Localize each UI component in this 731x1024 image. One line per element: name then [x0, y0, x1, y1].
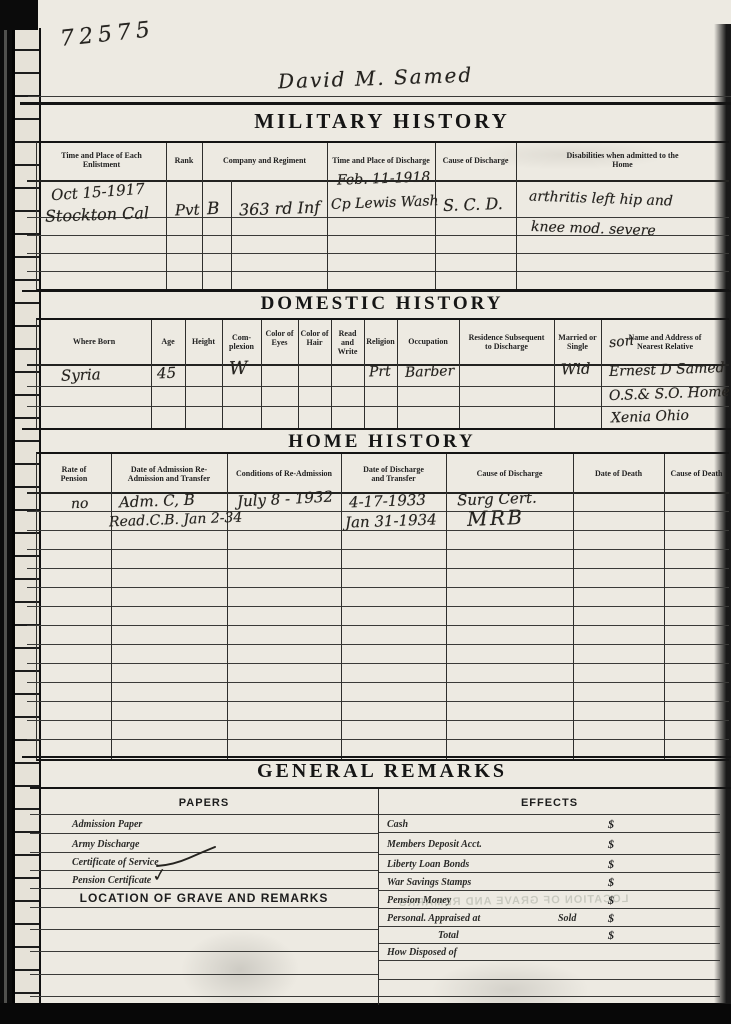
- h-rule: [379, 814, 720, 815]
- papers-column-title: PAPERS: [30, 797, 378, 809]
- disability-line2-handwritten: knee mod. severe: [531, 219, 656, 239]
- dollar-sign: $: [608, 857, 614, 872]
- dollar-sign: $: [608, 837, 614, 852]
- general-remarks-title: GENERAL REMARKS: [36, 760, 728, 783]
- h-rule: [30, 907, 378, 908]
- h-rule: [27, 663, 729, 664]
- h-rule: [27, 625, 729, 626]
- regiment-handwritten: 363 rd Inf: [239, 198, 321, 220]
- bottom-scan-bar: [0, 1003, 731, 1024]
- h-rule: [30, 814, 378, 815]
- effect-item-liberty-bonds: Liberty Loan Bonds: [387, 859, 469, 870]
- dollar-sign: $: [608, 911, 614, 926]
- v-rule: [202, 143, 203, 289]
- h-rule: [30, 833, 378, 834]
- col-header-age: Age: [151, 337, 185, 346]
- effect-item-personal-appraised: Personal. Appraised at: [387, 913, 480, 924]
- col-header-color-hair: Color of Hair: [300, 329, 329, 347]
- paper-item-army-discharge: Army Discharge: [72, 839, 140, 850]
- col-header-company-regiment: Company and Regiment: [202, 156, 327, 165]
- section-heavy-rule: [22, 290, 731, 292]
- col-header-complexion: Com-plexion: [224, 333, 259, 351]
- h-rule: [30, 929, 378, 930]
- col-header-read-write: Read and Write: [333, 329, 362, 356]
- v-rule: [261, 320, 262, 428]
- v-rule: [554, 320, 555, 428]
- general-remarks-section: PAPERS Admission Paper Army Discharge Ce…: [30, 787, 731, 1005]
- discharge-date-handwritten: Feb. 11-1918: [337, 169, 431, 188]
- col-header-rank: Rank: [166, 156, 202, 165]
- h-rule: [27, 644, 729, 645]
- h-rule: [379, 979, 720, 980]
- h-rule: [27, 406, 729, 407]
- h-rule: [27, 271, 729, 272]
- v-rule: [601, 320, 602, 428]
- col-header-cause-death: Cause of Death: [664, 469, 729, 478]
- v-rule: [327, 143, 328, 289]
- v-rule: [664, 454, 665, 759]
- col-header-disabilities: Disabilities when admitted to the Home: [566, 151, 679, 169]
- case-number-handwritten: 72575: [59, 17, 156, 52]
- military-history-title: MILITARY HISTORY: [36, 109, 728, 134]
- v-rule: [378, 789, 379, 1005]
- v-rule: [516, 143, 517, 289]
- h-rule: [379, 890, 720, 891]
- v-rule: [222, 320, 223, 428]
- col-header-discharge: Time and Place of Discharge: [329, 156, 433, 165]
- h-rule: [30, 870, 378, 871]
- admission-line1-handwritten: Adm. C, B: [119, 491, 195, 512]
- col-header-height: Height: [185, 337, 222, 346]
- relative-line1-handwritten: Ernest D Samed: [609, 360, 725, 380]
- h-rule: [379, 926, 720, 927]
- effect-item-cash: Cash: [387, 819, 408, 830]
- col-header-rate-pension: Rate of Pension: [49, 465, 99, 483]
- v-rule: [397, 320, 398, 428]
- h-rule: [27, 606, 729, 607]
- col-header-date-death: Date of Death: [573, 469, 664, 478]
- col-header-nearest-relative: Name and Address of Nearest Relative: [623, 333, 707, 351]
- v-rule: [298, 320, 299, 428]
- h-rule: [30, 996, 378, 997]
- h-rule: [379, 872, 720, 873]
- relative-line3-handwritten: Xenia Ohio: [611, 408, 689, 427]
- enlist-date-handwritten: Oct 15-1917: [50, 180, 145, 205]
- section-heavy-rule: [22, 756, 731, 758]
- v-rule: [331, 320, 332, 428]
- h-rule: [379, 960, 720, 961]
- col-header-married-single: Married or Single: [554, 333, 601, 351]
- col-header-date-discharge: Date of Discharge and Transfer: [357, 465, 430, 483]
- h-rule: [27, 701, 729, 702]
- h-rule: [27, 568, 729, 569]
- name-underline: [28, 96, 731, 97]
- religion-handwritten: Prt: [369, 364, 391, 381]
- home-history-title: HOME HISTORY: [36, 431, 728, 453]
- rate-pension-handwritten: no: [71, 496, 89, 513]
- home-history-table: Rate of Pension Date of Admission Re- Ad…: [36, 452, 729, 761]
- disability-line1-handwritten: arthritis left hip and: [529, 188, 673, 209]
- age-handwritten: 45: [157, 364, 177, 383]
- h-rule: [30, 888, 378, 889]
- v-rule: [185, 320, 186, 428]
- section-heavy-rule: [20, 102, 731, 105]
- col-header-color-eyes: Color of Eyes: [265, 329, 294, 347]
- v-rule: [435, 143, 436, 289]
- relative-line2-handwritten: O.S.& S.O. Home: [609, 384, 730, 404]
- h-rule: [27, 682, 729, 683]
- top-left-corner: [0, 0, 38, 30]
- company-handwritten: B: [207, 199, 220, 219]
- occupation-handwritten: Barber: [405, 363, 455, 381]
- h-rule: [27, 587, 729, 588]
- grave-remarks-title: LOCATION OF GRAVE AND REMARKS: [30, 891, 378, 905]
- name-handwritten: David M. Samed: [278, 63, 474, 94]
- discharge-date2-handwritten: Jan 31-1934: [345, 510, 437, 531]
- effects-column-title: EFFECTS: [379, 797, 720, 809]
- h-rule: [30, 951, 378, 952]
- conditions-handwritten: July 8 - 1932: [237, 487, 334, 510]
- sold-label: Sold: [558, 913, 576, 924]
- complexion-handwritten: W: [229, 358, 248, 380]
- discharge-place-handwritten: Cp Lewis Wash: [331, 193, 439, 213]
- h-rule: [27, 739, 729, 740]
- v-rule: [341, 454, 342, 759]
- paper-item-certificate-service: Certificate of Service: [72, 857, 159, 868]
- h-rule: [27, 549, 729, 550]
- col-header-residence: Residence Subsequent to Discharge: [467, 333, 546, 351]
- col-header-enlistment: Time and Place of Each Enlistment: [45, 151, 158, 169]
- military-history-table: Time and Place of Each Enlistment Rank C…: [36, 141, 729, 291]
- v-rule: [227, 454, 228, 759]
- admission-line2-handwritten: Read.C.B. Jan 2-34: [109, 510, 243, 531]
- col-header-date-admission: Date of Admission Re- Admission and Tran…: [117, 465, 221, 483]
- paper-item-admission: Admission Paper: [72, 819, 142, 830]
- domestic-history-title: DOMESTIC HISTORY: [36, 293, 728, 315]
- cause2-monogram-handwritten: M R B: [467, 505, 521, 531]
- v-rule: [446, 454, 447, 759]
- effect-item-how-disposed: How Disposed of: [387, 947, 457, 958]
- v-rule: [459, 320, 460, 428]
- cause-handwritten: S. C. D.: [443, 194, 503, 215]
- section-heavy-rule: [22, 428, 731, 430]
- record-page: 72575 David M. Samed MILITARY HISTORY Ti…: [0, 0, 731, 1024]
- col-header-cause: Cause of Discharge: [435, 156, 516, 165]
- effect-item-war-stamps: War Savings Stamps: [387, 877, 471, 888]
- h-rule: [30, 974, 378, 975]
- h-rule: [379, 943, 720, 944]
- dollar-sign: $: [608, 817, 614, 832]
- col-header-occupation: Occupation: [397, 337, 459, 346]
- v-rule: [151, 320, 152, 428]
- effect-item-total: Total: [438, 930, 459, 941]
- col-header-religion: Religion: [364, 337, 397, 346]
- v-rule: [231, 180, 232, 289]
- dollar-sign: $: [608, 875, 614, 890]
- domestic-history-table: Where Born Age Height Com-plexion Color …: [36, 318, 729, 430]
- h-rule: [379, 996, 720, 997]
- col-header-cause-discharge: Cause of Discharge: [460, 469, 559, 478]
- col-header-where-born: Where Born: [37, 337, 151, 346]
- where-born-handwritten: Syria: [61, 365, 101, 384]
- dollar-sign: $: [608, 928, 614, 943]
- h-rule: [27, 253, 729, 254]
- h-rule: [379, 832, 720, 833]
- col-header-conditions: Conditions of Re-Admission: [231, 469, 337, 478]
- discharge-date1-handwritten: 4-17-1933: [349, 491, 427, 512]
- paper-item-pension-certificate: Pension Certificate: [72, 875, 151, 886]
- v-rule: [111, 454, 112, 759]
- checkmark-icon: ✓: [151, 864, 169, 887]
- enlist-place-handwritten: Stockton Cal: [45, 203, 150, 226]
- rank-handwritten: Pvt: [175, 201, 200, 220]
- relative-note-handwritten: son: [608, 333, 634, 351]
- spine-highlight: [4, 0, 7, 1024]
- h-rule: [27, 720, 729, 721]
- v-rule: [364, 320, 365, 428]
- effect-item-members-deposit: Members Deposit Acct.: [387, 839, 482, 850]
- h-rule: [379, 854, 720, 855]
- v-rule: [573, 454, 574, 759]
- v-rule: [166, 143, 167, 289]
- married-handwritten: Wid: [561, 359, 591, 378]
